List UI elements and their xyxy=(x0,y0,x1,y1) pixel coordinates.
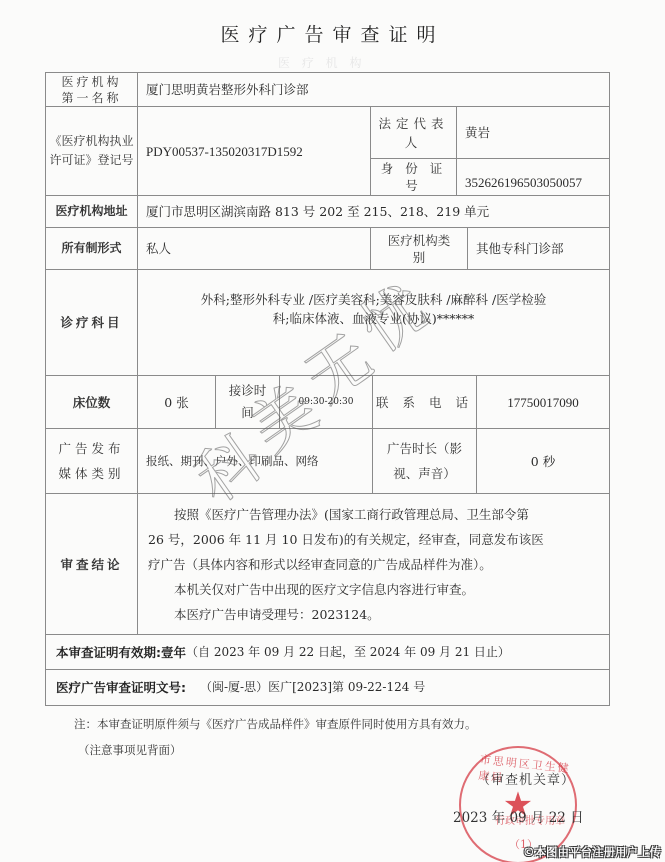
label-id-number: 身 份 证 号 xyxy=(370,158,457,196)
label-duration: 广告时长（影 视、声音） xyxy=(372,428,477,494)
value-departments: 外科;整形外科专业 /医疗美容科;美容皮肤科 /麻醉科 /医学检验 科;临床体液… xyxy=(137,269,610,376)
value-hours: 09:30-20:30 xyxy=(279,375,373,429)
cert-number-row: 医疗广告审查证明文号: （闽-厦-思）医广[2023]第 09-22-124 号 xyxy=(45,669,610,706)
value-id-number: 352626196503050057 xyxy=(456,158,610,196)
note-see-back: （注意事项见背面） xyxy=(78,742,182,758)
label-hours: 接诊时 间 xyxy=(215,375,280,429)
cert-number-label: 医疗广告审查证明文号: xyxy=(56,678,186,697)
conclusion-para1-line1: 按照《医疗广告管理办法》(国家工商行政管理总局、卫生部令第 xyxy=(148,502,529,527)
value-ownership: 私人 xyxy=(137,227,371,270)
label-address: 医疗机构地址 xyxy=(45,195,138,228)
label-phone: 联 系 电 话 xyxy=(372,375,477,429)
value-beds: 0 张 xyxy=(137,375,216,429)
label-media: 广告发布 媒体类别 xyxy=(45,428,138,494)
conclusion-para1-line3: 疗广告（具体内容和形式以经审查同意的广告成品样件为准）。 xyxy=(148,552,492,577)
upload-credit: ©本图由平台注册用户上传 xyxy=(523,844,661,860)
value-license-number: PDY00537-135020317D1592 xyxy=(137,106,371,196)
label-departments: 诊疗科目 xyxy=(45,269,138,376)
validity-label: 本审查证明有效期:壹年 xyxy=(56,643,186,662)
ghost-bleed-text: 医 疗 机 构 xyxy=(278,54,365,71)
label-conclusion: 审查结论 xyxy=(45,493,138,635)
document-title: 医疗广告审查证明 xyxy=(0,20,665,47)
value-conclusion: 按照《医疗广告管理办法》(国家工商行政管理总局、卫生部令第 26 号，2006 … xyxy=(137,493,610,635)
value-duration: 0 秒 xyxy=(476,428,610,494)
validity-value: （自 2023 年 09 月 22 日起，至 2024 年 09 月 21 日止… xyxy=(186,643,510,662)
validity-row: 本审查证明有效期:壹年 （自 2023 年 09 月 22 日起，至 2024 … xyxy=(45,634,610,670)
conclusion-para3: 本医疗广告申请受理号：2023124。 xyxy=(148,602,380,627)
label-ownership: 所有制形式 xyxy=(45,227,138,270)
cert-number-value: （闽-厦-思）医广[2023]第 09-22-124 号 xyxy=(200,678,425,697)
label-institution-type: 医疗机构类 别 xyxy=(370,227,468,270)
value-legal-rep: 黄岩 xyxy=(456,106,610,159)
value-institution-name: 厦门思明黄岩整形外科门诊部 xyxy=(137,72,610,107)
value-media: 报纸、期刊、户外、印刷品、网络 xyxy=(137,428,373,494)
label-legal-rep: 法定代表 人 xyxy=(370,106,457,159)
value-institution-type: 其他专科门诊部 xyxy=(467,227,610,270)
seal-label: （审查机关章） xyxy=(477,769,575,788)
value-phone: 17750017090 xyxy=(476,375,610,429)
conclusion-para1-line2: 26 号，2006 年 11 月 10 日发布)的有关规定，经审查，同意发布该医 xyxy=(148,527,544,552)
note-validity: 注：本审查证明原件须与《医疗广告成品样件》审查原件同时使用方具有效力。 xyxy=(74,716,477,732)
value-address: 厦门市思明区湖滨南路 813 号 202 至 215、218、219 单元 xyxy=(137,195,610,228)
label-license: 《医疗机构执业 许可证》登记号 xyxy=(45,106,138,196)
conclusion-para2: 本机关仅对广告中出现的医疗文字信息内容进行审查。 xyxy=(148,577,474,602)
label-institution-name: 医疗机构 第一名称 xyxy=(45,72,138,107)
seal-date: 2023 年 09 月 22 日 xyxy=(453,806,584,826)
label-beds: 床位数 xyxy=(45,375,138,429)
